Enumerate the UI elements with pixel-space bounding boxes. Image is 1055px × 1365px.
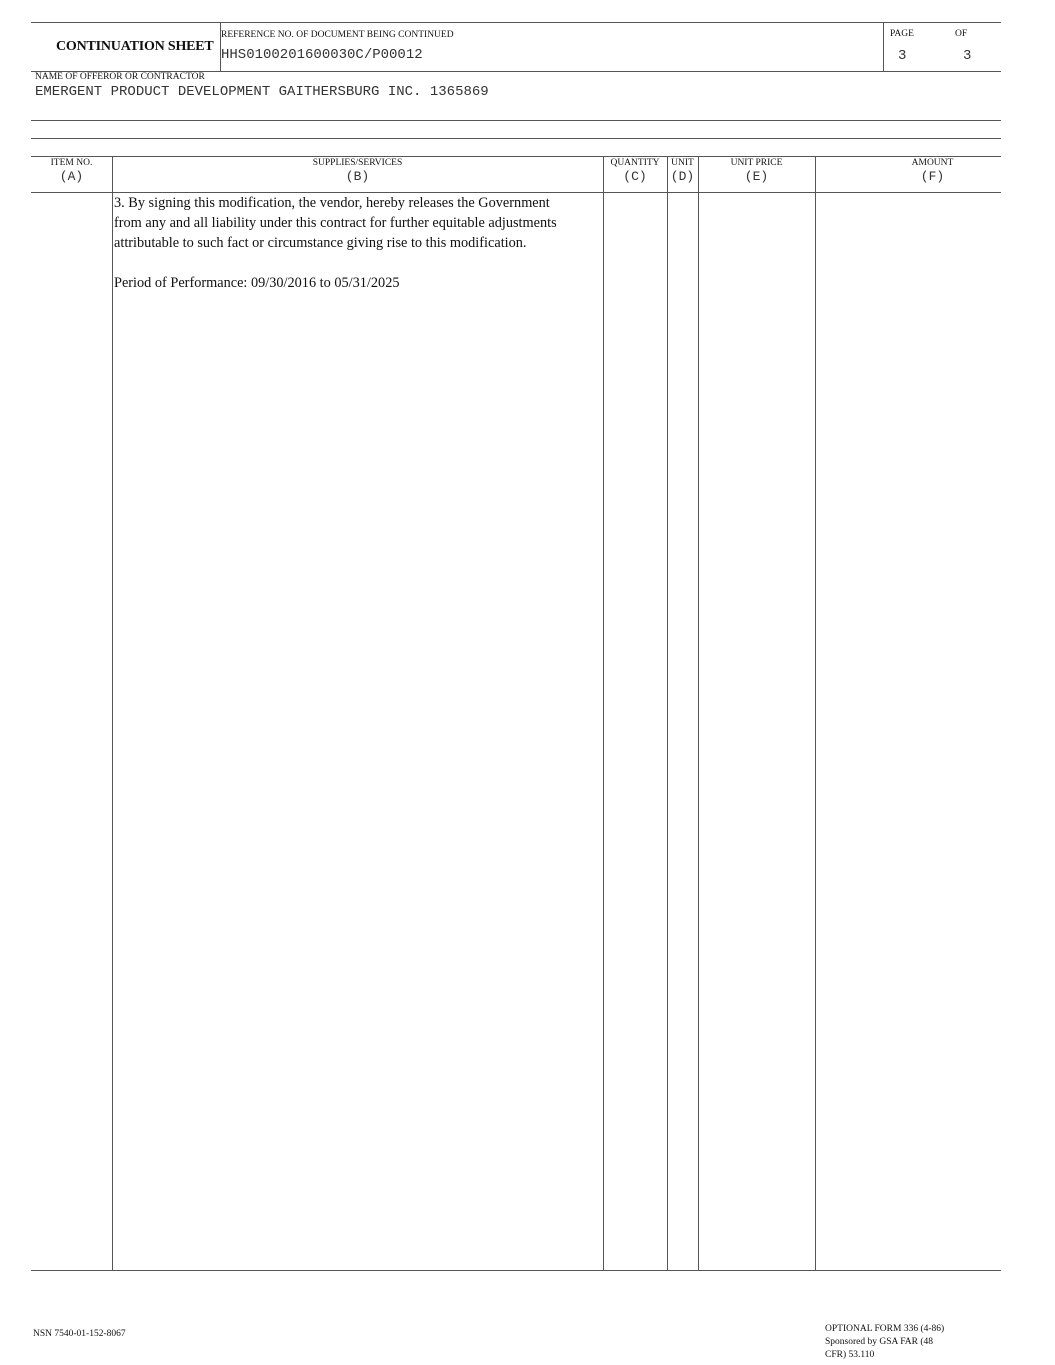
body-line: 3. By signing this modification, the ven… <box>114 193 602 213</box>
of-label: OF <box>955 29 967 39</box>
page-total: 3 <box>963 48 971 64</box>
column-label: QUANTITY <box>603 158 667 168</box>
header-top-rule <box>31 22 1001 23</box>
column-label: UNIT PRICE <box>698 158 815 168</box>
column-header-unit: UNIT (D) <box>667 158 698 184</box>
nsn-number: NSN 7540-01-152-8067 <box>33 1329 126 1339</box>
page-number: 3 <box>898 48 906 64</box>
column-header-quantity: QUANTITY (C) <box>603 158 667 184</box>
body-line: attributable to such fact or circumstanc… <box>114 233 602 253</box>
form-info-line: CFR) 53.110 <box>825 1349 944 1362</box>
col-divider-e <box>815 156 816 1270</box>
form-info-line: OPTIONAL FORM 336 (4-86) <box>825 1323 944 1336</box>
column-header-item-no: ITEM NO. (A) <box>31 158 112 184</box>
column-code: (C) <box>603 169 667 184</box>
offeror-label: NAME OF OFFEROR OR CONTRACTOR <box>35 72 205 82</box>
column-code: (D) <box>667 169 698 184</box>
body-line <box>114 253 602 273</box>
column-code: (B) <box>112 169 603 184</box>
col-divider-a <box>112 156 113 1270</box>
col-divider-c <box>667 156 668 1270</box>
offeror-rule-1 <box>31 120 1001 121</box>
col-divider-b <box>603 156 604 1270</box>
offeror-rule-2 <box>31 138 1001 139</box>
column-label: ITEM NO. <box>31 158 112 168</box>
form-info-line: Sponsored by GSA FAR (48 <box>825 1336 944 1349</box>
column-label: AMOUNT <box>815 158 1050 168</box>
column-header-unit-price: UNIT PRICE (E) <box>698 158 815 184</box>
reference-label: REFERENCE NO. OF DOCUMENT BEING CONTINUE… <box>221 30 454 40</box>
col-divider-d <box>698 156 699 1270</box>
header-divider-right <box>883 22 884 71</box>
column-code: (A) <box>31 169 112 184</box>
form-title: CONTINUATION SHEET <box>56 39 214 55</box>
reference-value: HHS0100201600030C/P00012 <box>221 47 423 63</box>
form-info: OPTIONAL FORM 336 (4-86) Sponsored by GS… <box>825 1323 944 1362</box>
column-code: (E) <box>698 169 815 184</box>
column-header-amount: AMOUNT (F) <box>815 158 1050 184</box>
table-bottom-rule <box>31 1270 1001 1271</box>
column-label: SUPPLIES/SERVICES <box>112 158 603 168</box>
period-of-performance: Period of Performance: 09/30/2016 to 05/… <box>114 273 602 293</box>
column-label: UNIT <box>667 158 698 168</box>
supplies-services-text: 3. By signing this modification, the ven… <box>114 193 602 293</box>
page-label: PAGE <box>890 29 914 39</box>
column-header-supplies: SUPPLIES/SERVICES (B) <box>112 158 603 184</box>
offeror-value: EMERGENT PRODUCT DEVELOPMENT GAITHERSBUR… <box>35 84 489 100</box>
table-top-rule <box>31 156 1001 157</box>
body-line: from any and all liability under this co… <box>114 213 602 233</box>
column-code: (F) <box>815 169 1050 184</box>
